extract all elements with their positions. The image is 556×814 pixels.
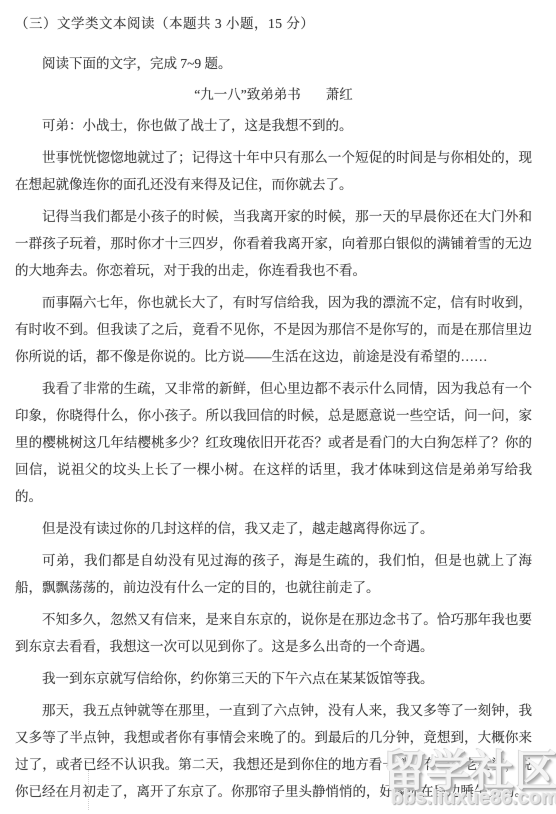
article-paragraph: 我看了非常的生疏，又非常的新鲜，但心里边都不表示什么同情，因为我总有一个印象，你… xyxy=(15,375,532,510)
reading-instruction: 阅读下面的文字，完成 7~9 题。 xyxy=(15,50,532,77)
scanned-exam-page: （三）文学类文本阅读（本题共 3 小题，15 分） 阅读下面的文字，完成 7~9… xyxy=(0,0,556,814)
article-paragraph: 可弟：小战士，你也做了战士了，这是我想不到的。 xyxy=(15,112,532,139)
section-header: （三）文学类文本阅读（本题共 3 小题，15 分） xyxy=(15,10,532,37)
article-paragraph: 那天，我五点钟就等在那里，一直到了六点钟，没有人来，我又多等了一刻钟，我又多等了… xyxy=(15,697,532,805)
article-paragraph: 记得当我们都是小孩子的时候，当我离开家的时候，那一天的早晨你还在大门外和一群孩子… xyxy=(15,203,532,284)
article-paragraph: 而事隔六七年，你也就长大了，有时写信给我，因为我的漂流不定，信有时收到，有时收不… xyxy=(15,289,532,370)
article-author: 萧红 xyxy=(326,87,353,102)
article-paragraph: 可弟，我们都是自幼没有见过海的孩子，海是生疏的，我们怕，但是也就上了海船，飘飘荡… xyxy=(15,547,532,601)
article-paragraph: 但是没有读过你的几封这样的信，我又走了，越走越离得你远了。 xyxy=(15,515,532,542)
article-paragraph: 世事恍恍惚惚地就过了；记得这十年中只有那么一个短促的时间是与你相处的，现在想起就… xyxy=(15,144,532,198)
article-title-line: “九一八”致弟弟书 萧红 xyxy=(15,81,532,108)
scan-artifact-line xyxy=(88,770,90,810)
article-paragraph: 我一到东京就写信给你，约你第三天的下午六点在某某饭馆等我。 xyxy=(15,665,532,692)
article-title: “九一八”致弟弟书 xyxy=(194,87,300,102)
article-paragraph: 不知多久，忽然又有信来，是来自东京的，说你是在那边念书了。恰巧那年我也要到东京去… xyxy=(15,606,532,660)
